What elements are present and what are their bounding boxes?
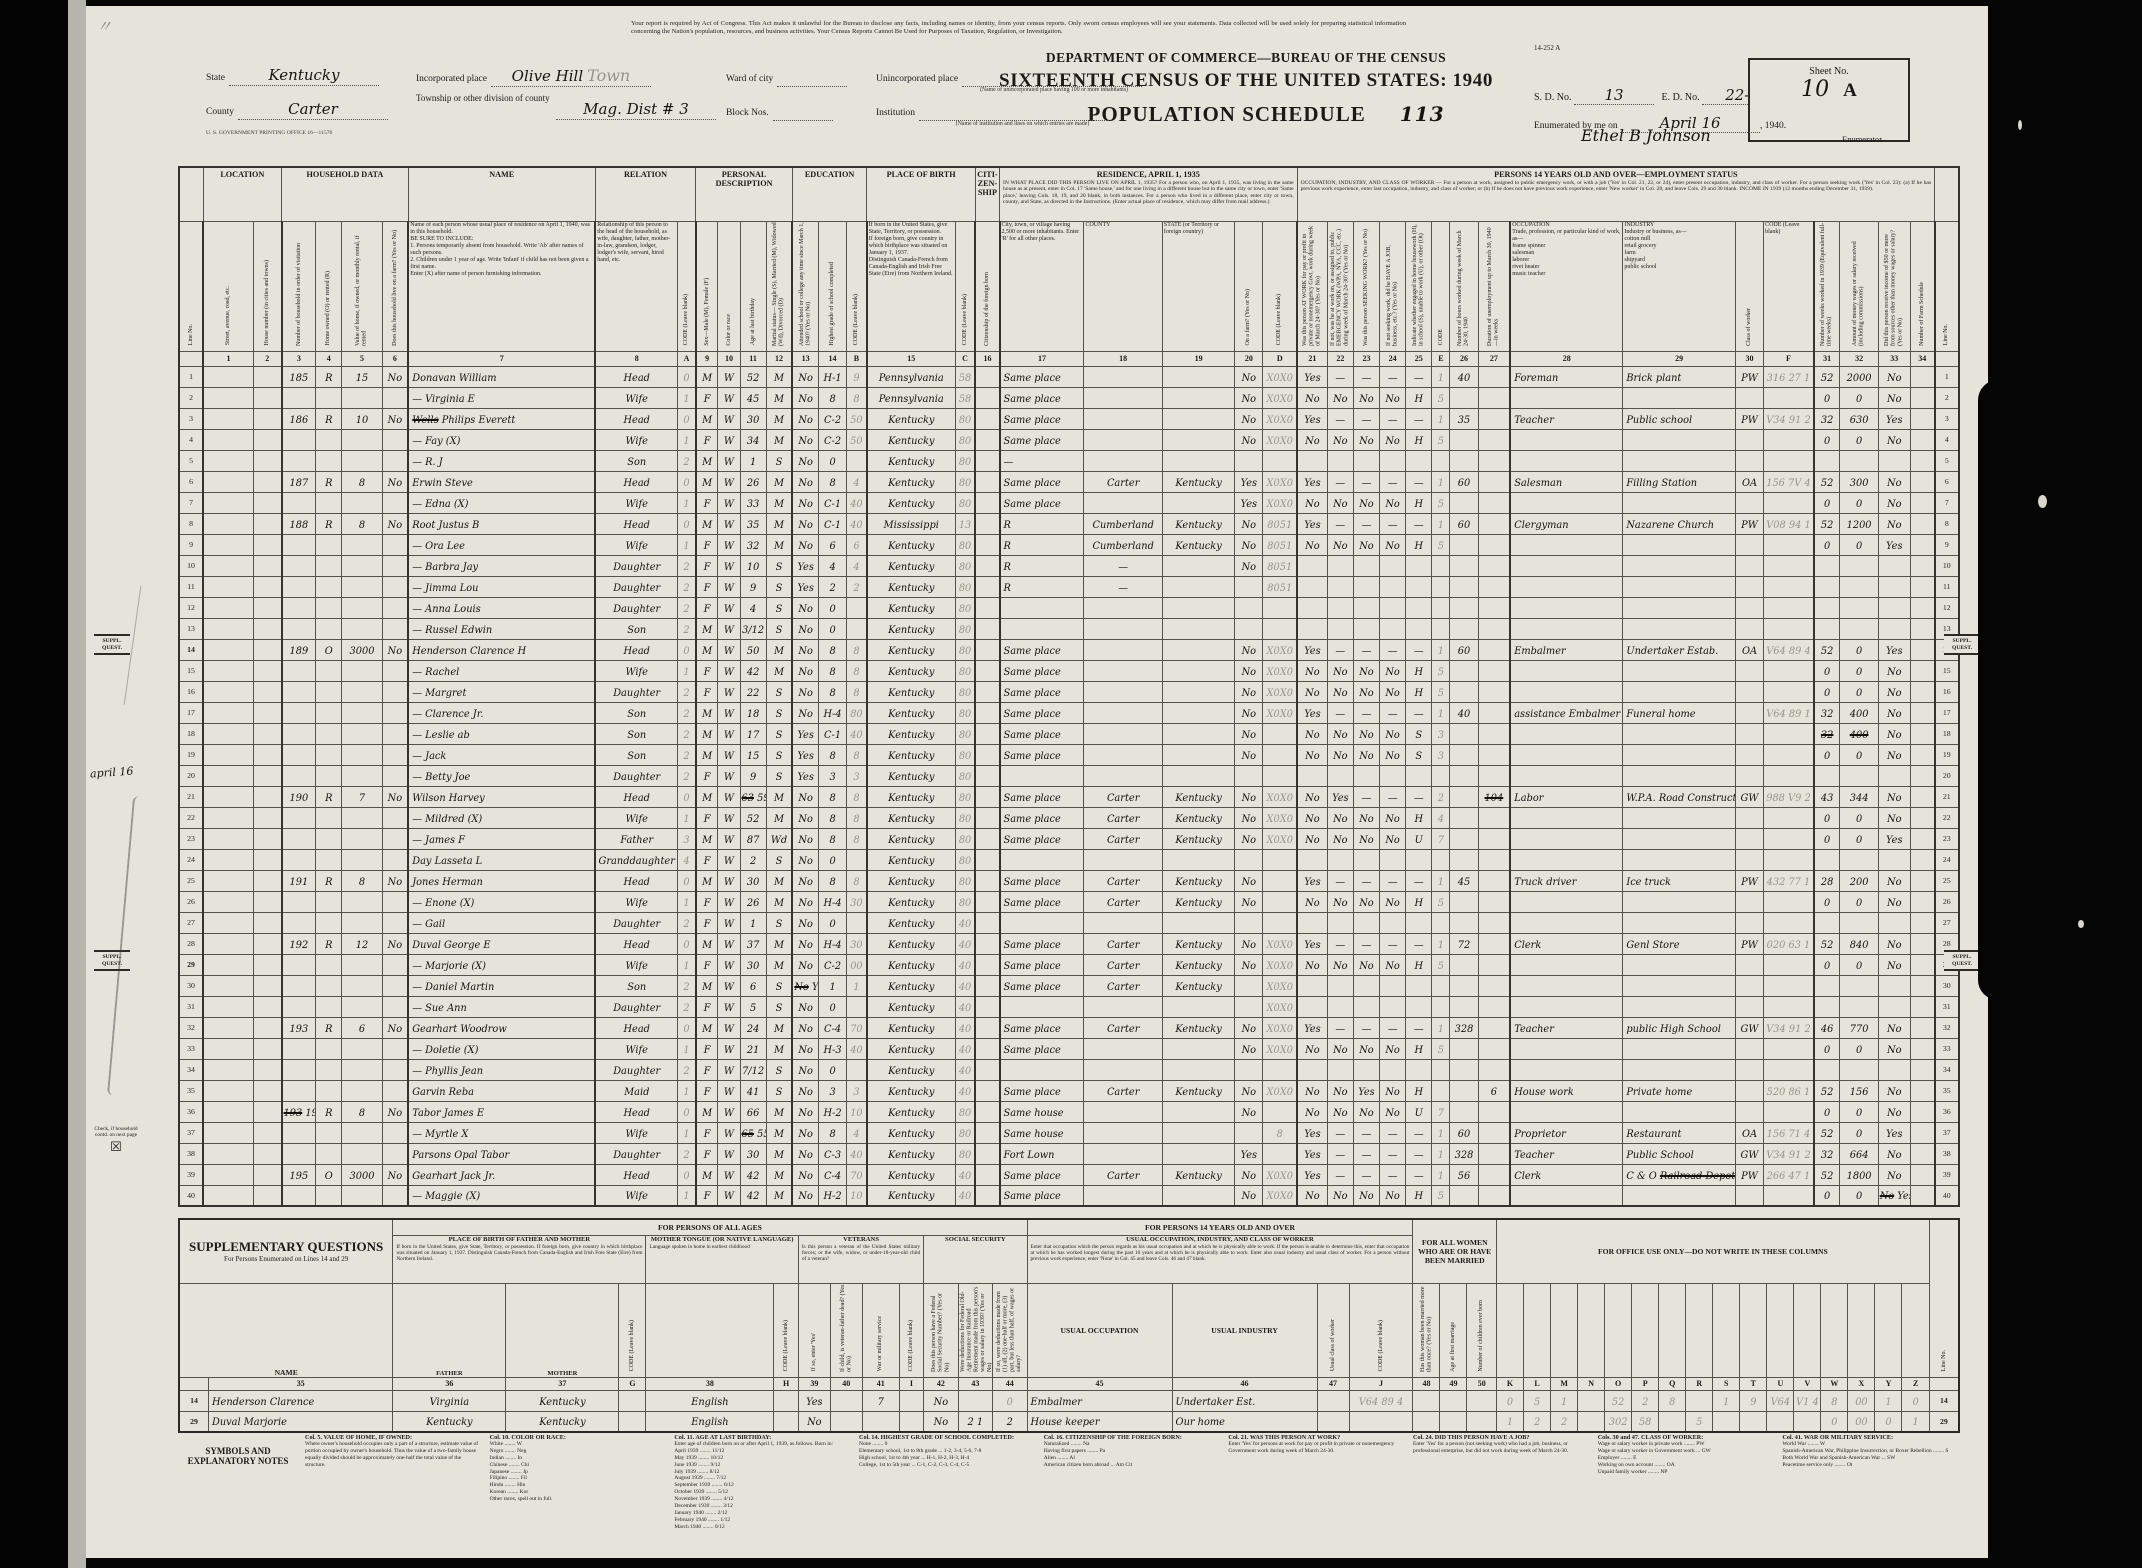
table-cell: [342, 723, 382, 744]
table-cell: [1084, 408, 1162, 429]
table-cell: [975, 660, 999, 681]
table-cell: 2: [1432, 786, 1450, 807]
table-cell: [1353, 597, 1379, 618]
table-cell: [1380, 912, 1406, 933]
table-cell: Yes: [1297, 366, 1327, 387]
table-cell: [1432, 765, 1450, 786]
table-cell: 0: [1875, 1411, 1902, 1432]
table-cell: No: [382, 639, 408, 660]
column-number: 45: [1027, 1377, 1172, 1390]
table-cell: Kentucky: [867, 744, 955, 765]
column-header: If not seeking work, did he HAVE A JOB, …: [1380, 221, 1406, 351]
column-group-header: HOUSEHOLD DATA: [282, 167, 409, 221]
table-cell: Kentucky: [867, 1101, 955, 1122]
table-cell: M: [766, 660, 792, 681]
table-cell: [1840, 912, 1878, 933]
table-cell: Same place: [1000, 387, 1084, 408]
table-cell: [1764, 954, 1814, 975]
table-cell: [1432, 849, 1450, 870]
table-cell: O: [316, 1164, 342, 1185]
table-cell: 80: [955, 555, 975, 576]
state-label: State: [206, 73, 225, 83]
table-cell: [1814, 975, 1840, 996]
table-cell: [975, 1164, 999, 1185]
column-header: If not, was he at work on, or assigned t…: [1327, 221, 1353, 351]
table-cell: 35: [740, 513, 766, 534]
table-cell: 6: [740, 975, 766, 996]
line-number: 27: [1935, 912, 1959, 933]
office-col: [1605, 1283, 1632, 1377]
table-cell: No: [1297, 807, 1327, 828]
table-cell: 328: [1450, 1017, 1478, 1038]
table-cell: —: [1353, 471, 1379, 492]
table-cell: No: [382, 1101, 408, 1122]
column-number: [1935, 351, 1959, 366]
table-cell: No: [1878, 471, 1910, 492]
table-cell: No: [1878, 1164, 1910, 1185]
table-cell: [1467, 1390, 1497, 1411]
table-cell: [316, 996, 342, 1017]
table-cell: [1450, 1059, 1478, 1080]
table-cell: 0: [1821, 1411, 1848, 1432]
table-cell: [1623, 681, 1736, 702]
table-cell: W: [718, 1059, 740, 1080]
table-cell: C-2: [818, 408, 846, 429]
table-cell: 40: [847, 1143, 867, 1164]
table-cell: 2: [678, 723, 696, 744]
table-cell: —: [1406, 366, 1432, 387]
column-number: 7: [408, 351, 595, 366]
table-cell: Yes: [798, 1390, 830, 1411]
table-cell: M: [696, 618, 718, 639]
table-cell: Same place: [1000, 639, 1084, 660]
table-cell: [1162, 660, 1234, 681]
column-number: 5: [342, 351, 382, 366]
table-cell: [1450, 954, 1478, 975]
column-group-header: NAME: [408, 167, 595, 221]
table-cell: 0: [678, 786, 696, 807]
table-cell: —: [1327, 366, 1353, 387]
line-number: 9: [1935, 534, 1959, 555]
table-cell: R: [316, 1017, 342, 1038]
ed-label: E. D. No.: [1662, 92, 1700, 103]
table-cell: 1: [678, 891, 696, 912]
table-cell: Daughter: [595, 912, 677, 933]
table-cell: [253, 723, 281, 744]
veteran-col: War or military service: [862, 1283, 899, 1377]
table-cell: [203, 1122, 253, 1143]
suppl-quest-tag-right-14: SUPPL. QUEST.: [1944, 634, 1980, 655]
table-cell: H-4: [818, 933, 846, 954]
table-cell: X0X0: [1263, 1038, 1297, 1059]
table-cell: No: [1878, 702, 1910, 723]
person-row: 7— Edna (X)Wife1FW33MNoC-140Kentucky80Sa…: [179, 492, 1959, 513]
table-cell: [1084, 681, 1162, 702]
table-cell: No: [1327, 1185, 1353, 1206]
note-body: Where owner's household occupies only a …: [305, 1441, 483, 1469]
table-cell: Carter: [1084, 1080, 1162, 1101]
table-cell: [1878, 618, 1910, 639]
table-cell: — Edna (X): [408, 492, 595, 513]
table-cell: 80: [955, 660, 975, 681]
table-cell: [1910, 954, 1934, 975]
table-cell: [847, 849, 867, 870]
table-cell: Yes: [1878, 1122, 1910, 1143]
table-cell: No: [792, 1059, 818, 1080]
table-cell: [1814, 912, 1840, 933]
table-cell: 432 77 1: [1764, 870, 1814, 891]
table-cell: [1084, 597, 1162, 618]
table-cell: [316, 492, 342, 513]
table-cell: 2: [678, 1059, 696, 1080]
table-cell: [1767, 1411, 1794, 1432]
explanatory-note: Col. 24. DID THIS PERSON HAVE A JOB?Ente…: [1413, 1434, 1591, 1530]
column-number: 47: [1317, 1377, 1349, 1390]
line-number: 1: [179, 366, 203, 387]
table-cell: [203, 996, 253, 1017]
table-cell: [975, 387, 999, 408]
table-cell: [253, 933, 281, 954]
table-cell: [975, 618, 999, 639]
table-cell: [1478, 450, 1510, 471]
table-cell: [1840, 450, 1878, 471]
table-cell: 56: [1450, 1164, 1478, 1185]
column-header: Line No.: [1935, 221, 1959, 351]
table-cell: No: [1327, 492, 1353, 513]
table-cell: GW: [1735, 786, 1763, 807]
table-cell: [1380, 996, 1406, 1017]
table-cell: [1623, 849, 1736, 870]
table-cell: 8: [847, 639, 867, 660]
usual-occupation-header: USUAL OCCUPATION, INDUSTRY, AND CLASS OF…: [1027, 1235, 1413, 1283]
state-value-handwritten: Kentucky: [269, 66, 340, 84]
table-cell: [1910, 870, 1934, 891]
table-cell: No: [1297, 723, 1327, 744]
table-cell: 41: [740, 1080, 766, 1101]
explanatory-notes: SYMBOLS AND EXPLANATORY NOTES Col. 5. VA…: [178, 1434, 1960, 1530]
table-cell: 60: [1450, 639, 1478, 660]
table-cell: 1: [1432, 408, 1450, 429]
table-cell: No: [1878, 1101, 1910, 1122]
table-cell: 3: [818, 765, 846, 786]
table-cell: [342, 618, 382, 639]
column-number: 41: [862, 1377, 899, 1390]
table-cell: [316, 765, 342, 786]
film-speck: [2018, 120, 2022, 130]
column-number: 40: [830, 1377, 862, 1390]
table-cell: W: [718, 639, 740, 660]
table-cell: [253, 954, 281, 975]
table-cell: [774, 1411, 799, 1432]
table-cell: [316, 744, 342, 765]
line-number: 36: [1935, 1101, 1959, 1122]
table-cell: — Mildred (X): [408, 807, 595, 828]
table-cell: O: [316, 639, 342, 660]
table-cell: 988 V9 2: [1764, 786, 1814, 807]
table-cell: No: [1878, 954, 1910, 975]
table-cell: [203, 765, 253, 786]
table-cell: Kentucky: [867, 870, 955, 891]
table-cell: [1623, 597, 1736, 618]
person-row: 29— Marjorie (X)Wife1FW30MNoC-200Kentuck…: [179, 954, 1959, 975]
table-cell: No: [1327, 891, 1353, 912]
column-header: Amount of money wages or salary received…: [1840, 221, 1878, 351]
line-number: 18: [1935, 723, 1959, 744]
table-cell: Same place: [1000, 702, 1084, 723]
table-cell: [1478, 996, 1510, 1017]
table-cell: [382, 1038, 408, 1059]
table-cell: No: [1380, 1080, 1406, 1101]
line-number: 25: [179, 870, 203, 891]
column-header: CODE (Leave blank): [847, 221, 867, 351]
table-cell: [253, 618, 281, 639]
table-cell: [975, 870, 999, 891]
table-cell: R: [1000, 576, 1084, 597]
table-cell: No: [1297, 660, 1327, 681]
table-cell: W: [718, 1164, 740, 1185]
table-cell: [1910, 912, 1934, 933]
table-cell: —: [1000, 450, 1084, 471]
line-number: 38: [179, 1143, 203, 1164]
table-cell: —: [1353, 366, 1379, 387]
table-cell: —: [1406, 1122, 1432, 1143]
table-cell: 156: [1840, 1080, 1878, 1101]
table-cell: 63 59: [740, 786, 766, 807]
table-cell: Daughter: [595, 996, 677, 1017]
table-cell: [1735, 429, 1763, 450]
table-cell: [342, 576, 382, 597]
table-cell: Wife: [595, 807, 677, 828]
line-number: 29: [179, 954, 203, 975]
table-cell: 316 27 1: [1764, 366, 1814, 387]
table-cell: Kentucky: [1162, 828, 1234, 849]
table-cell: [1735, 891, 1763, 912]
table-cell: [1478, 1185, 1510, 1206]
table-cell: Head: [595, 471, 677, 492]
column-number: 26: [1450, 351, 1478, 366]
township-value-wrap: Mag. Dist # 3: [556, 100, 716, 120]
person-row: 4— Fay (X)Wife1FW34MNoC-250Kentucky80Sam…: [179, 429, 1959, 450]
table-cell: No: [1878, 807, 1910, 828]
table-cell: M: [766, 933, 792, 954]
table-cell: [1297, 996, 1327, 1017]
table-cell: Yes: [1297, 1143, 1327, 1164]
table-cell: [1478, 1038, 1510, 1059]
table-cell: [1735, 702, 1763, 723]
table-cell: [253, 744, 281, 765]
table-cell: No: [792, 1101, 818, 1122]
column-number: J: [1349, 1377, 1413, 1390]
table-cell: 0: [1840, 891, 1878, 912]
table-cell: F: [696, 660, 718, 681]
table-cell: No: [792, 807, 818, 828]
table-cell: Yes: [792, 765, 818, 786]
table-cell: [1735, 912, 1763, 933]
table-cell: [1450, 555, 1478, 576]
table-cell: 1: [1432, 471, 1450, 492]
table-cell: [1910, 534, 1934, 555]
table-cell: [316, 450, 342, 471]
table-cell: [1406, 555, 1432, 576]
table-cell: [1000, 912, 1084, 933]
table-cell: 4: [1432, 807, 1450, 828]
table-cell: [1406, 576, 1432, 597]
line-number: 6: [1935, 471, 1959, 492]
incorporated-place-value: Olive Hill: [512, 67, 583, 85]
table-cell: Daughter: [595, 576, 677, 597]
column-number: 17: [1000, 351, 1084, 366]
line-number: 33: [1935, 1038, 1959, 1059]
table-cell: M: [766, 1122, 792, 1143]
table-cell: No: [1235, 429, 1263, 450]
table-cell: [203, 723, 253, 744]
table-cell: [1297, 597, 1327, 618]
table-cell: 2: [678, 450, 696, 471]
table-cell: [1623, 429, 1736, 450]
table-cell: Clerk: [1510, 933, 1623, 954]
table-cell: — Gail: [408, 912, 595, 933]
column-number: 50: [1467, 1377, 1497, 1390]
table-cell: No: [792, 492, 818, 513]
table-cell: [1910, 1122, 1934, 1143]
table-cell: [203, 1143, 253, 1164]
table-cell: [1235, 1059, 1263, 1080]
table-cell: [1510, 660, 1623, 681]
table-cell: [830, 1411, 862, 1432]
film-speck: [2038, 495, 2047, 508]
table-cell: Kentucky: [1162, 1017, 1234, 1038]
table-cell: X0X0: [1263, 954, 1297, 975]
table-cell: [1510, 912, 1623, 933]
table-cell: 266 47 1: [1764, 1164, 1814, 1185]
column-number: 24: [1380, 351, 1406, 366]
table-cell: W: [718, 597, 740, 618]
table-cell: M: [766, 786, 792, 807]
table-cell: [1478, 366, 1510, 387]
table-cell: [382, 702, 408, 723]
table-cell: [382, 807, 408, 828]
table-cell: [1510, 1185, 1623, 1206]
table-cell: [1235, 597, 1263, 618]
table-cell: X0X0: [1263, 996, 1297, 1017]
table-cell: X0X0: [1263, 975, 1297, 996]
column-number: 14: [818, 351, 846, 366]
table-cell: OA: [1735, 639, 1763, 660]
table-cell: [342, 534, 382, 555]
table-cell: 0: [1840, 744, 1878, 765]
table-cell: 80: [955, 870, 975, 891]
table-cell: Parsons Opal Tabor: [408, 1143, 595, 1164]
table-cell: H-4: [818, 891, 846, 912]
table-cell: [975, 450, 999, 471]
table-cell: Yes: [1297, 1017, 1327, 1038]
table-cell: —: [1380, 870, 1406, 891]
table-cell: [1084, 1122, 1162, 1143]
column-number: 4: [316, 351, 342, 366]
table-cell: 32: [1814, 723, 1840, 744]
table-cell: [1235, 1122, 1263, 1143]
table-cell: No: [1297, 387, 1327, 408]
table-cell: Head: [595, 513, 677, 534]
table-cell: S: [766, 849, 792, 870]
table-cell: [203, 429, 253, 450]
table-cell: 42: [740, 1185, 766, 1206]
table-cell: [1686, 1390, 1713, 1411]
table-cell: 185: [282, 366, 316, 387]
table-cell: 52: [1605, 1390, 1632, 1411]
table-cell: [382, 912, 408, 933]
table-cell: 188: [282, 513, 316, 534]
table-cell: 0: [1814, 681, 1840, 702]
table-cell: [1623, 807, 1736, 828]
table-cell: —: [1353, 513, 1379, 534]
table-cell: —: [1353, 408, 1379, 429]
table-cell: R: [316, 786, 342, 807]
table-cell: [282, 849, 316, 870]
column-number: F: [1764, 351, 1814, 366]
table-cell: [1764, 681, 1814, 702]
office-col: [1848, 1283, 1875, 1377]
table-cell: No: [1353, 891, 1379, 912]
table-cell: 43: [1814, 786, 1840, 807]
line-number: 5: [1935, 450, 1959, 471]
check-box-mark: ☒: [110, 1139, 122, 1154]
table-cell: R: [1000, 513, 1084, 534]
suppl-quest-tag-right-29: SUPPL. QUEST.: [1944, 950, 1980, 971]
table-cell: 5: [1432, 891, 1450, 912]
person-row: 14189O3000NoHenderson Clarence HHead0MW5…: [179, 639, 1959, 660]
township-label: Township or other division of county: [416, 93, 550, 103]
column-header: OCCUPATIONTrade, profession, or particul…: [1510, 221, 1623, 351]
veteran-col: If so, enter 'Yes': [798, 1283, 830, 1377]
table-cell: [253, 366, 281, 387]
table-cell: No: [1327, 828, 1353, 849]
note-title: Col. 16. CITIZENSHIP OF THE FOREIGN BORN…: [1044, 1434, 1222, 1441]
table-cell: [1735, 849, 1763, 870]
table-cell: No: [1327, 723, 1353, 744]
table-cell: Wilson Harvey: [408, 786, 595, 807]
table-cell: 1: [1432, 870, 1450, 891]
person-row: 30— Daniel MartinSon2MW6SNo Yes11Kentuck…: [179, 975, 1959, 996]
table-cell: No: [1235, 786, 1263, 807]
table-cell: R: [1000, 555, 1084, 576]
column-number: 49: [1440, 1377, 1467, 1390]
table-cell: 190: [282, 786, 316, 807]
table-cell: Virginia: [393, 1390, 506, 1411]
table-cell: Kentucky: [1162, 807, 1234, 828]
column-number: 31: [1814, 351, 1840, 366]
table-cell: V34 91 2: [1764, 408, 1814, 429]
table-cell: [975, 723, 999, 744]
table-cell: 1: [1875, 1390, 1902, 1411]
column-number: 28: [1510, 351, 1623, 366]
table-cell: 8: [847, 870, 867, 891]
table-cell: Kentucky: [1162, 933, 1234, 954]
table-cell: 0: [1840, 429, 1878, 450]
table-cell: [1263, 1143, 1297, 1164]
table-cell: Undertaker Est.: [1172, 1390, 1317, 1411]
table-cell: Salesman: [1510, 471, 1623, 492]
table-cell: 21: [740, 1038, 766, 1059]
check-household-text: Check, if household contd. on next page: [94, 1126, 137, 1138]
column-group-header: LOCATION: [203, 167, 281, 221]
table-cell: [316, 954, 342, 975]
table-cell: 40: [955, 1164, 975, 1185]
table-cell: [1263, 597, 1297, 618]
table-cell: [253, 1122, 281, 1143]
table-cell: [1478, 849, 1510, 870]
table-cell: Filling Station: [1623, 471, 1736, 492]
